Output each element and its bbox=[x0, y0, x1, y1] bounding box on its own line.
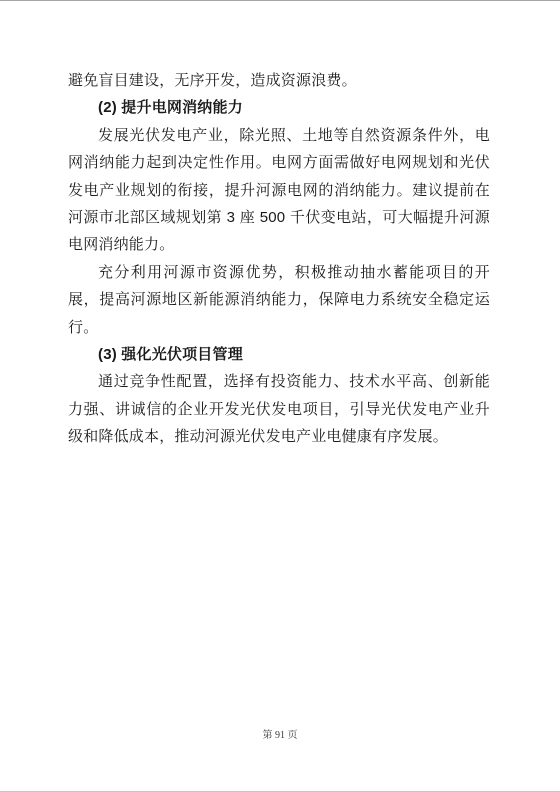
paragraph-grid-absorption-2: 充分利用河源市资源优势，积极推动抽水蓄能项目的开展，提高河源地区新能源消纳能力，… bbox=[68, 259, 490, 341]
document-body: 避免盲目建设，无序开发，造成资源浪费。 (2) 提升电网消纳能力 发展光伏发电产… bbox=[68, 67, 490, 451]
paragraph-project-management: 通过竞争性配置，选择有投资能力、技术水平高、创新能力强、讲诚信的企业开发光伏发电… bbox=[68, 368, 490, 450]
paragraph-continuation: 避免盲目建设，无序开发，造成资源浪费。 bbox=[68, 67, 490, 94]
paragraph-grid-absorption-1: 发展光伏发电产业，除光照、土地等自然资源条件外，电网消纳能力起到决定性作用。电网… bbox=[68, 122, 490, 259]
section-heading-grid-absorption: (2) 提升电网消纳能力 bbox=[68, 94, 490, 121]
document-page: 避免盲目建设，无序开发，造成资源浪费。 (2) 提升电网消纳能力 发展光伏发电产… bbox=[0, 0, 560, 792]
section-heading-project-management: (3) 强化光伏项目管理 bbox=[68, 341, 490, 368]
page-number: 第 91 页 bbox=[0, 729, 560, 743]
